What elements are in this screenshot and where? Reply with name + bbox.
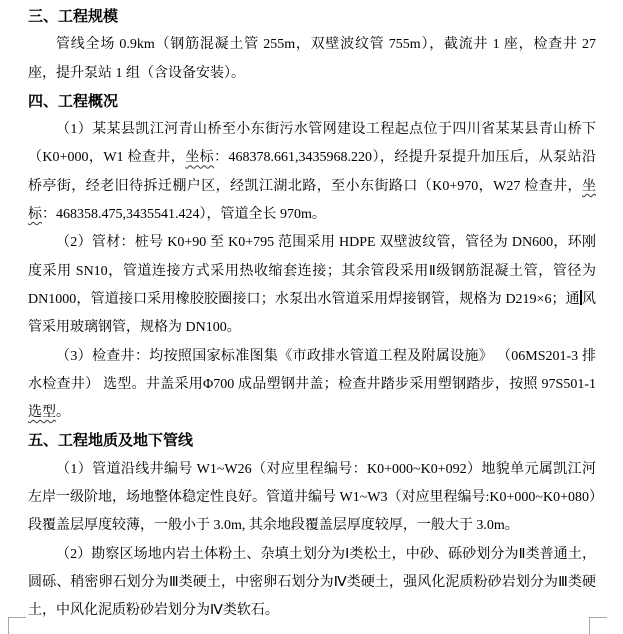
para-geology-1[interactable]: （1）管道沿线井编号 W1~W26（对应里程编号：K0+000~K0+092）地…	[28, 456, 596, 541]
text-run: 。	[56, 405, 70, 420]
text-run: （3）检查井：均按照国家标准图集《市政排水管道工程及附属设施》 （06MS201…	[28, 349, 596, 392]
para-overview-2[interactable]: （2）管材：桩号 K0+90 至 K0+795 范围采用 HDPE 双壁波纹管，…	[28, 229, 596, 342]
section-5-heading[interactable]: 五、工程地质及地下管线	[28, 427, 596, 455]
para-overview-3[interactable]: （3）检查井：均按照国家标准图集《市政排水管道工程及附属设施》 （06MS201…	[28, 343, 596, 428]
para-geology-2[interactable]: （2）勘察区场地内岩土体粉土、杂填土划分为Ⅰ类松土，中砂、砾砂划分为Ⅱ类普通土，…	[28, 541, 596, 626]
section-3-heading[interactable]: 三、工程规模	[28, 3, 596, 31]
text-run: （2）勘察区场地内岩土体粉土、杂填土划分为Ⅰ类松土，中砂、砾砂划分为Ⅱ类普通土，…	[28, 547, 596, 619]
para-overview-1[interactable]: （1）某某县凯江河青山桥至小东街污水管网建设工程起点位于四川省某某县青山桥下（K…	[28, 116, 596, 229]
grammar-flagged-text-run: 选型	[28, 405, 56, 420]
text-run: （2）管材：桩号 K0+90 至 K0+795 范围采用 HDPE 双壁波纹管，…	[28, 235, 596, 307]
page-boundary-mark-left	[8, 617, 26, 634]
document-text-area[interactable]: 三、工程规模管线全场 0.9km（钢筋混凝土管 255m，双壁波纹管 755m）…	[28, 3, 596, 626]
page-boundary-mark-right	[589, 617, 607, 634]
text-run: 管线全场 0.9km（钢筋混凝土管 255m，双壁波纹管 755m），截流井 1…	[28, 37, 596, 80]
text-run: ：468358.475,3435541.424），管道全长 970m。	[42, 207, 326, 222]
text-run: （1）管道沿线井编号 W1~W26（对应里程编号：K0+000~K0+092）地…	[28, 462, 596, 534]
section-4-heading[interactable]: 四、工程概况	[28, 88, 596, 116]
para-project-scale[interactable]: 管线全场 0.9km（钢筋混凝土管 255m，双壁波纹管 755m），截流井 1…	[28, 31, 596, 88]
grammar-flagged-text-run: 坐标	[185, 150, 214, 165]
